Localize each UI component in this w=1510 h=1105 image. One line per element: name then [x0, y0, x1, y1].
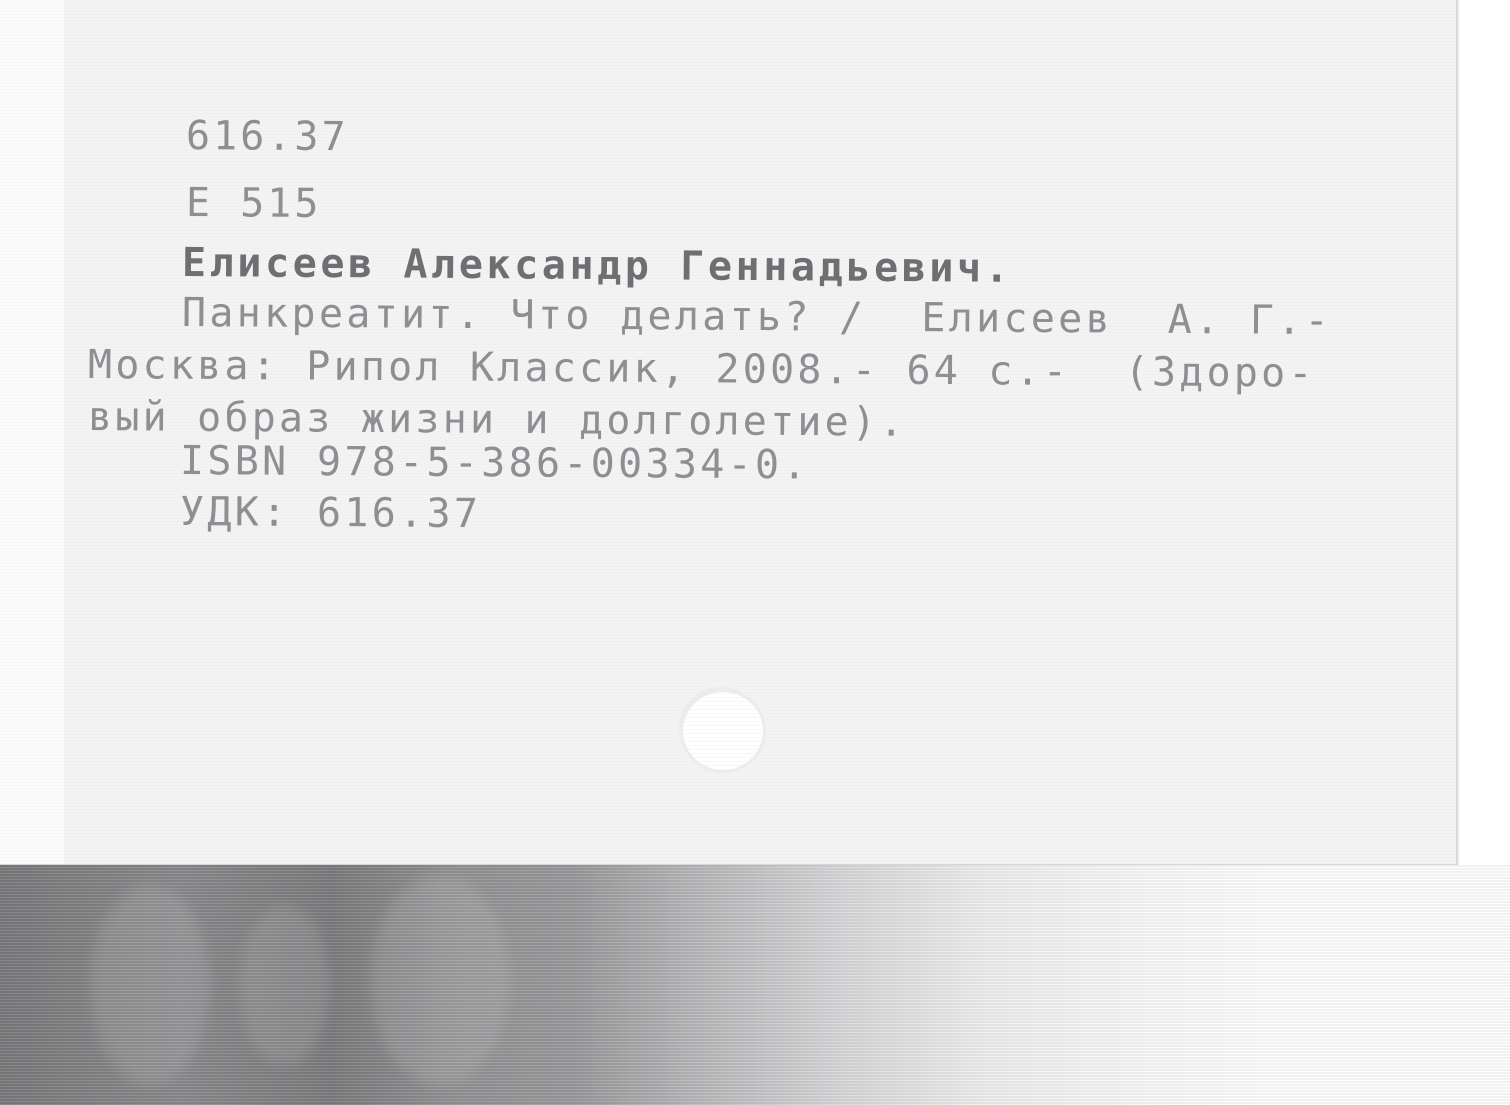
publication-line-2: Москва: Рипол Классик, 2008.- 64 с.- (Зд… — [88, 345, 1316, 394]
udk-line: УДК: 616.37 — [180, 492, 481, 534]
author-heading: Елисеев Александр Геннадьевич. — [182, 243, 1013, 289]
cutter-number: Е 515 — [186, 183, 322, 224]
glare-smudge — [240, 905, 330, 1065]
isbn-line: ISBN 978-5-386-00334-0. — [180, 441, 810, 485]
catalog-card: 616.37 Е 515 Елисеев Александр Геннадьев… — [0, 0, 1458, 865]
classification-number: 616.37 — [186, 116, 349, 157]
title-statement-line-1: Панкреатит. Что делать? / Елисеев А. Г.- — [182, 293, 1332, 341]
punched-hole — [683, 692, 763, 770]
glare-smudge — [370, 875, 510, 1085]
glare-smudge — [90, 885, 210, 1085]
scanner-background-bottom — [0, 865, 1510, 1105]
series-line-3: вый образ жизни и долголетие). — [88, 397, 907, 443]
